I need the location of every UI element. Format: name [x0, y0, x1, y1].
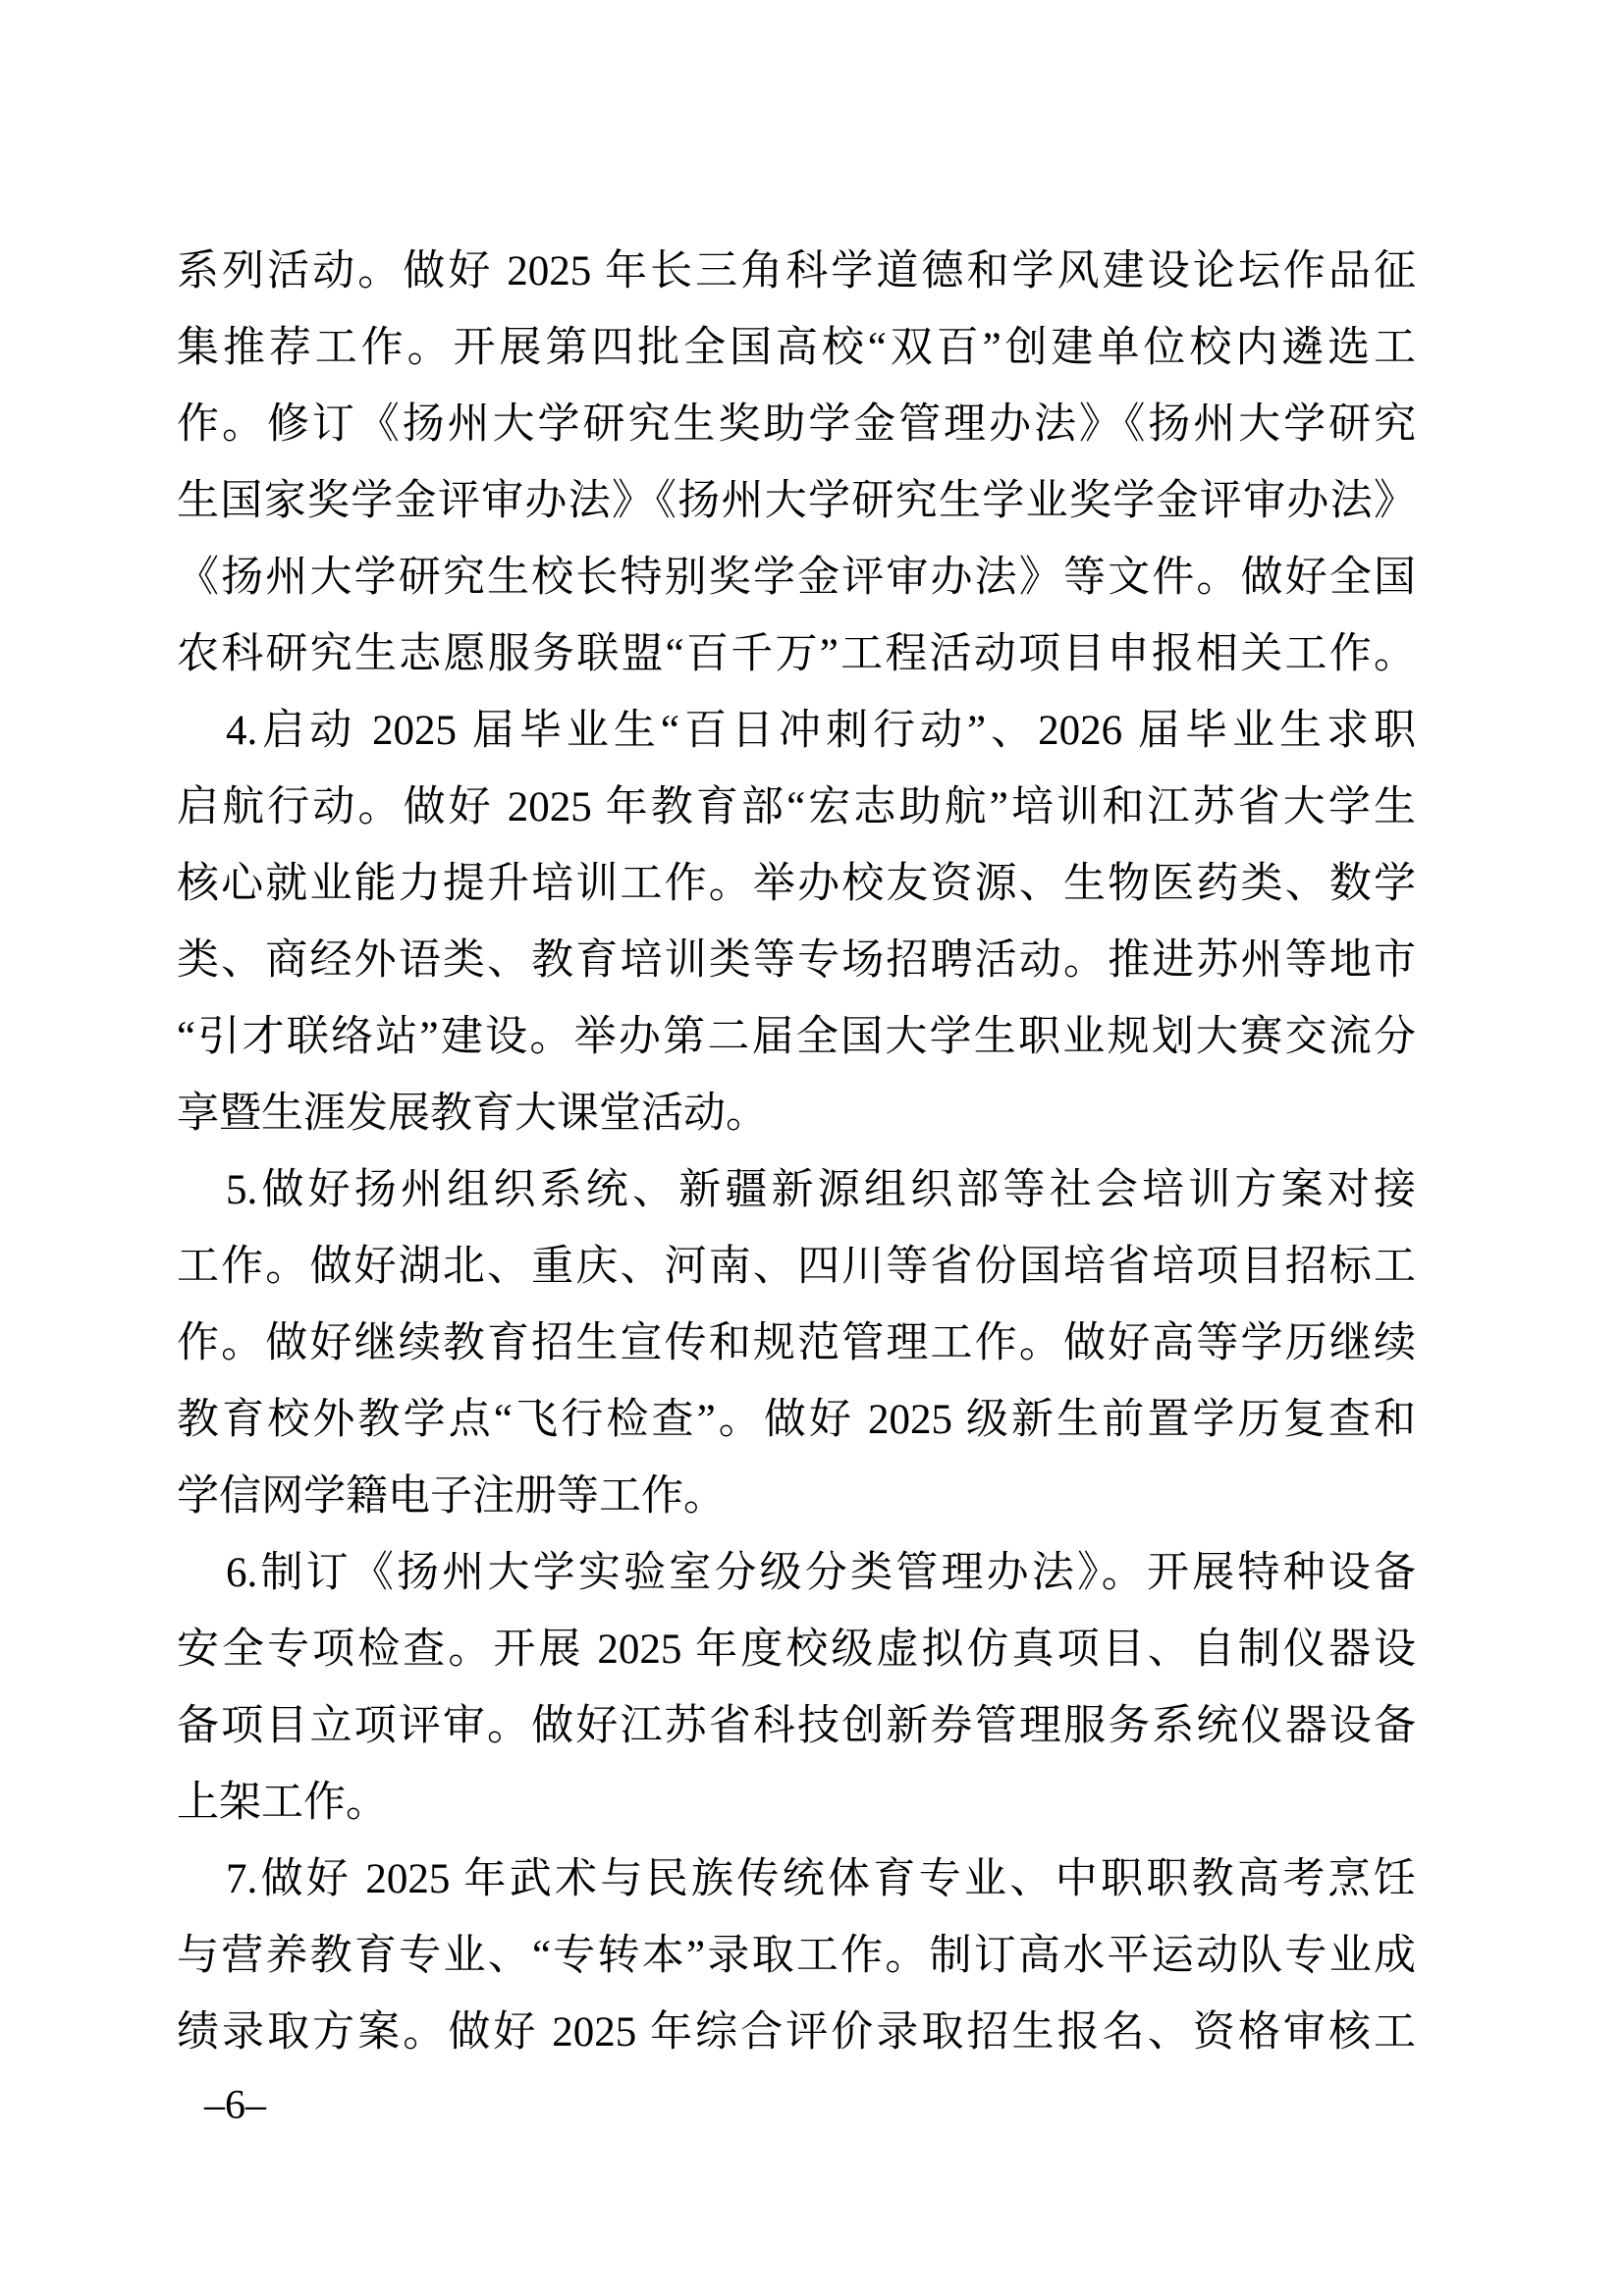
text-line: 作。修订《扬州大学研究生奖助学金管理办法》《扬州大学研究 — [177, 387, 1416, 463]
text-line: 安全专项检查。开展 2025 年度校级虚拟仿真项目、自制仪器设 — [177, 1612, 1416, 1688]
text-line-paragraph-start: 6.制订《扬州大学实验室分级分类管理办法》。开展特种设备 — [177, 1535, 1416, 1612]
text-line-paragraph-start: 5.做好扬州组织系统、新疆新源组织部等社会培训方案对接 — [177, 1152, 1416, 1229]
document-page: 系列活动。做好 2025 年长三角科学道德和学风建设论坛作品征 集推荐工作。开展… — [0, 0, 1624, 2296]
text-line: 《扬州大学研究生校长特别奖学金评审办法》等文件。做好全国 — [177, 540, 1416, 616]
text-line: 类、商经外语类、教育培训类等专场招聘活动。推进苏州等地市 — [177, 923, 1416, 999]
text-line-paragraph-start: 4.启动 2025 届毕业生“百日冲刺行动”、2026 届毕业生求职 — [177, 693, 1416, 770]
text-line: 生国家奖学金评审办法》《扬州大学研究生学业奖学金评审办法》 — [177, 463, 1416, 540]
text-line: “引才联络站”建设。举办第二届全国大学生职业规划大赛交流分 — [177, 999, 1416, 1076]
page-number: –6– — [204, 2083, 266, 2128]
text-line: 教育校外教学点“飞行检查”。做好 2025 级新生前置学历复查和 — [177, 1382, 1416, 1459]
text-line: 启航行动。做好 2025 年教育部“宏志助航”培训和江苏省大学生 — [177, 770, 1416, 846]
text-line: 绩录取方案。做好 2025 年综合评价录取招生报名、资格审核工 — [177, 1995, 1416, 2071]
text-line: 系列活动。做好 2025 年长三角科学道德和学风建设论坛作品征 — [177, 234, 1416, 310]
text-line: 农科研究生志愿服务联盟“百千万”工程活动项目申报相关工作。 — [177, 616, 1416, 693]
text-line: 备项目立项评审。做好江苏省科技创新券管理服务系统仪器设备 — [177, 1688, 1416, 1765]
text-line-paragraph-start: 7.做好 2025 年武术与民族传统体育专业、中职职教高考烹饪 — [177, 1842, 1416, 1918]
text-line: 集推荐工作。开展第四批全国高校“双百”创建单位校内遴选工 — [177, 310, 1416, 387]
text-line-paragraph-end: 享暨生涯发展教育大课堂活动。 — [177, 1076, 1416, 1152]
text-line-paragraph-end: 学信网学籍电子注册等工作。 — [177, 1459, 1416, 1535]
text-line: 核心就业能力提升培训工作。举办校友资源、生物医药类、数学 — [177, 846, 1416, 923]
text-line: 作。做好继续教育招生宣传和规范管理工作。做好高等学历继续 — [177, 1306, 1416, 1382]
text-line: 与营养教育专业、“专转本”录取工作。制订高水平运动队专业成 — [177, 1918, 1416, 1995]
text-line-paragraph-end: 上架工作。 — [177, 1765, 1416, 1842]
text-line: 工作。做好湖北、重庆、河南、四川等省份国培省培项目招标工 — [177, 1229, 1416, 1306]
document-body: 系列活动。做好 2025 年长三角科学道德和学风建设论坛作品征 集推荐工作。开展… — [177, 234, 1416, 2071]
